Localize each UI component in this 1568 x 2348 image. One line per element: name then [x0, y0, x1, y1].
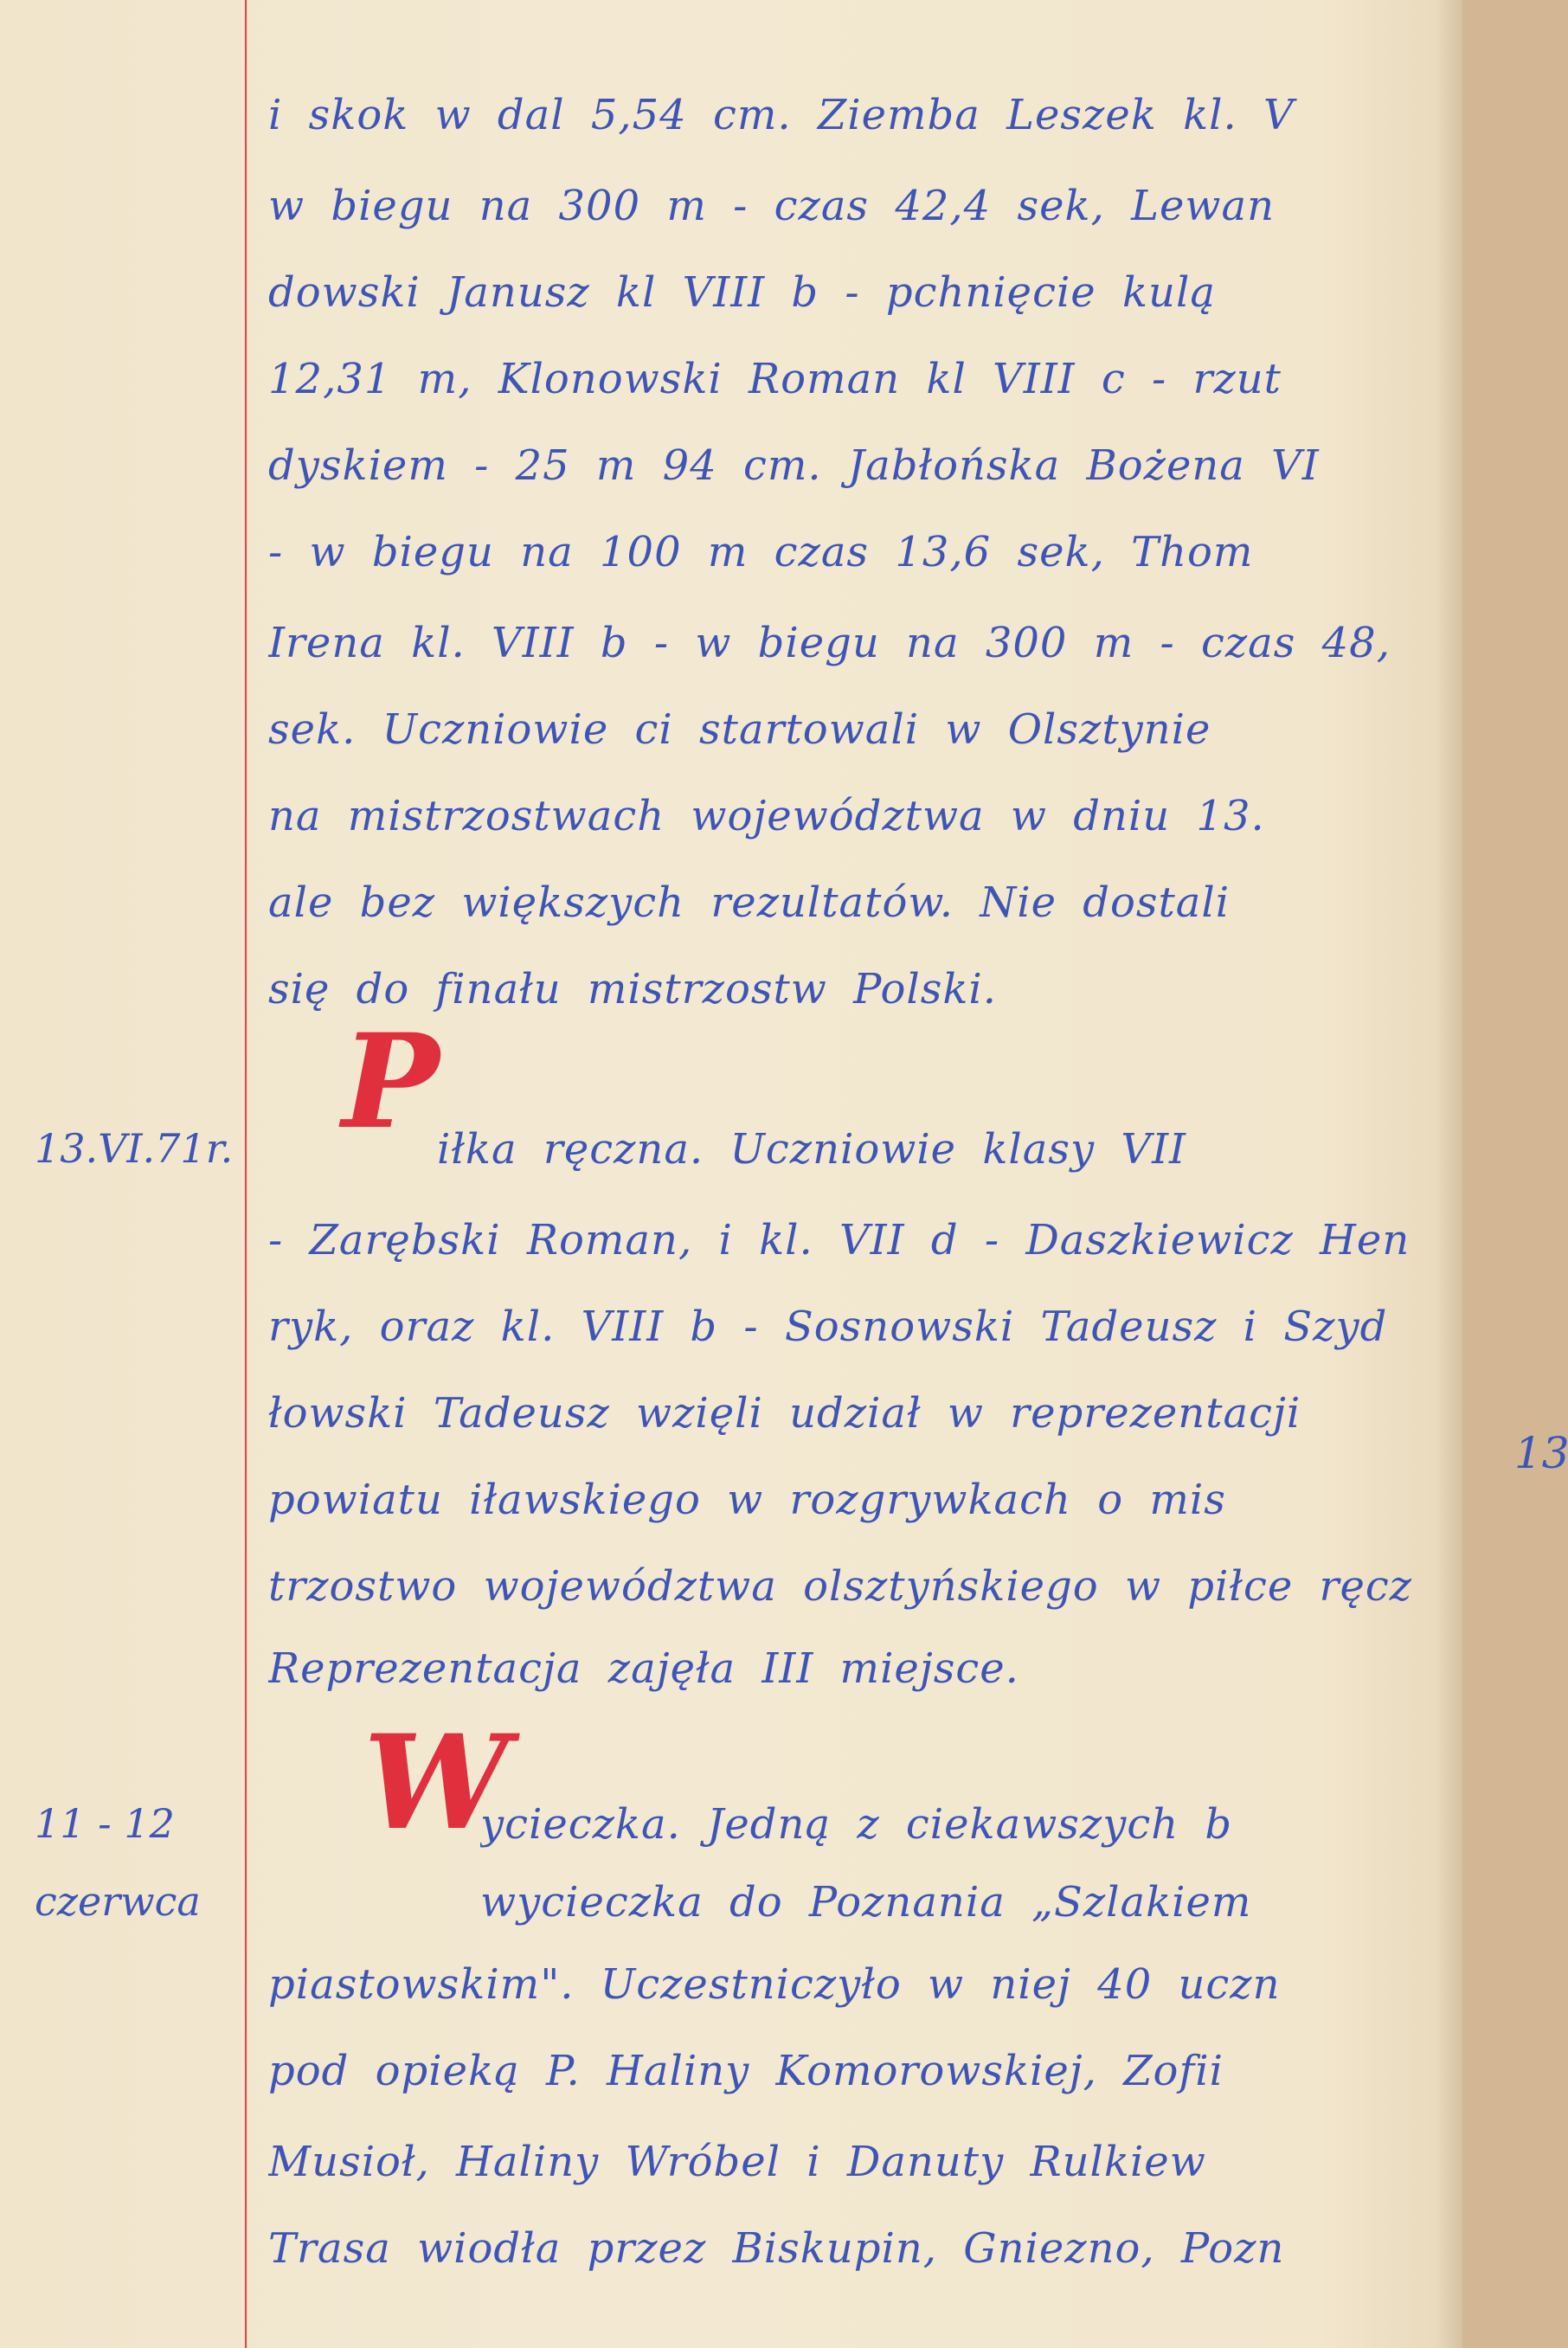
- entry-date-days: 11 - 12: [35, 1800, 175, 1847]
- text-line: i skok w dal 5,54 cm. Ziemba Leszek kl. …: [268, 91, 1458, 139]
- text-line: Musioł, Haliny Wróbel i Danuty Rulkiew: [268, 2138, 1458, 2186]
- underlying-page: [1462, 0, 1568, 2348]
- text-line: 12,31 m, Klonowski Roman kl VIII c - rzu…: [268, 355, 1458, 403]
- text-line: piastowskim". Uczestniczyło w niej 40 uc…: [268, 1960, 1458, 2009]
- text-line: dowski Janusz kl VIII b - pchnięcie kulą: [268, 268, 1458, 317]
- text-line: ryk, oraz kl. VIII b - Sosnowski Tadeusz…: [268, 1303, 1458, 1351]
- text-line: Reprezentacja zajęła III miejsce.: [268, 1644, 1458, 1693]
- text-line: wycieczka do Poznania „Szlakiem: [480, 1878, 1458, 1927]
- margin-rule: [245, 0, 247, 2348]
- text-line: się do finału mistrzostw Polski.: [268, 965, 1458, 1013]
- initial-letter: P: [342, 1006, 440, 1158]
- text-line: trzostwo województwa olsztyńskiego w pił…: [268, 1562, 1458, 1611]
- text-line: łowski Tadeusz wzięli udział w reprezent…: [268, 1389, 1458, 1438]
- text-line: na mistrzostwach województwa w dniu 13.: [268, 792, 1458, 840]
- text-line: ale bez większych rezultatów. Nie dostal…: [268, 878, 1458, 927]
- text-line: dyskiem - 25 m 94 cm. Jabłońska Bożena V…: [268, 441, 1458, 490]
- text-line: pod opieką P. Haliny Komorowskiej, Zofii: [268, 2047, 1458, 2095]
- text-line: w biegu na 300 m - czas 42,4 sek, Lewan: [268, 182, 1458, 230]
- entry-date-month: czerwca: [35, 1878, 201, 1925]
- text-line: Irena kl. VIII b - w biegu na 300 m - cz…: [268, 619, 1458, 667]
- text-line: powiatu iławskiego w rozgrywkach o mis: [268, 1476, 1458, 1524]
- text-line: sek. Uczniowie ci startowali w Olsztynie: [268, 705, 1458, 754]
- text-line: - w biegu na 100 m czas 13,6 sek, Thom: [268, 528, 1458, 576]
- entry-date: 13.VI.71r.: [35, 1125, 233, 1172]
- text-line: ycieczka. Jedną z ciekawszych b: [480, 1800, 1458, 1849]
- decorated-initial: P: [342, 1017, 440, 1147]
- text-line: - Zarębski Roman, i kl. VII d - Daszkiew…: [268, 1216, 1458, 1264]
- text-line: iłka ręczna. Uczniowie klasy VII: [437, 1125, 1458, 1174]
- next-page-number: 13: [1514, 1428, 1568, 1478]
- text-line: Trasa wiodła przez Biskupin, Gniezno, Po…: [268, 2224, 1458, 2273]
